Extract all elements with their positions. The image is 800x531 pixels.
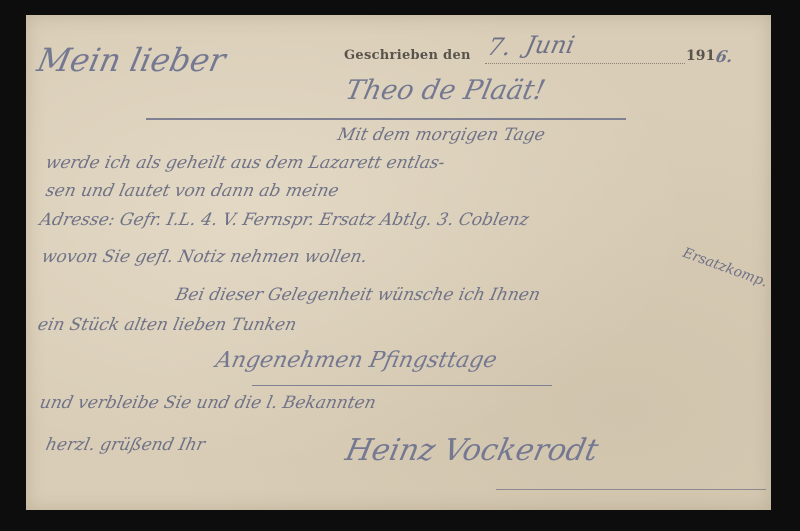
letter-line-4: Adresse: Gefr. I.L. 4. V. Fernspr. Ersat… bbox=[38, 210, 531, 230]
recipient-name: Theo de Plaät! bbox=[343, 75, 548, 106]
postcard: Geschrieben den 7. Juni 191 6. Mein lieb… bbox=[26, 15, 771, 510]
letter-line-6: Bei dieser Gelegenheit wünsche ich Ihnen bbox=[174, 285, 542, 305]
greeting-underline bbox=[252, 385, 552, 386]
signature: Heinz Vockerodt bbox=[342, 433, 601, 468]
salutation-underline bbox=[146, 118, 626, 120]
letter-line-9: und verbleibe Sie und die l. Bekannten bbox=[38, 393, 378, 413]
date-dotted-line bbox=[485, 63, 685, 64]
handwritten-year-suffix: 6. bbox=[714, 47, 735, 66]
letter-line-1: Mit dem morgigen Tage bbox=[336, 125, 547, 145]
letter-line-10: herzl. grüßend Ihr bbox=[44, 435, 207, 455]
letter-line-5: wovon Sie gefl. Notiz nehmen wollen. bbox=[40, 247, 369, 267]
letter-line-3: sen und lautet von dann ab meine bbox=[44, 181, 341, 201]
letter-line-8-greeting: Angenehmen Pfingsttage bbox=[213, 348, 499, 373]
printed-written-label: Geschrieben den bbox=[344, 48, 471, 63]
letter-line-7: ein Stück alten lieben Tunken bbox=[36, 315, 298, 335]
handwritten-date-day: 7. bbox=[485, 33, 514, 61]
handwritten-date-month: Juni bbox=[523, 31, 577, 59]
printed-year-prefix: 191 bbox=[686, 48, 715, 64]
signature-underline bbox=[496, 489, 766, 490]
salutation: Mein lieber bbox=[34, 41, 229, 79]
margin-note: Ersatzkomp. bbox=[681, 245, 770, 290]
letter-line-2: werde ich als geheilt aus dem Lazarett e… bbox=[44, 153, 447, 173]
